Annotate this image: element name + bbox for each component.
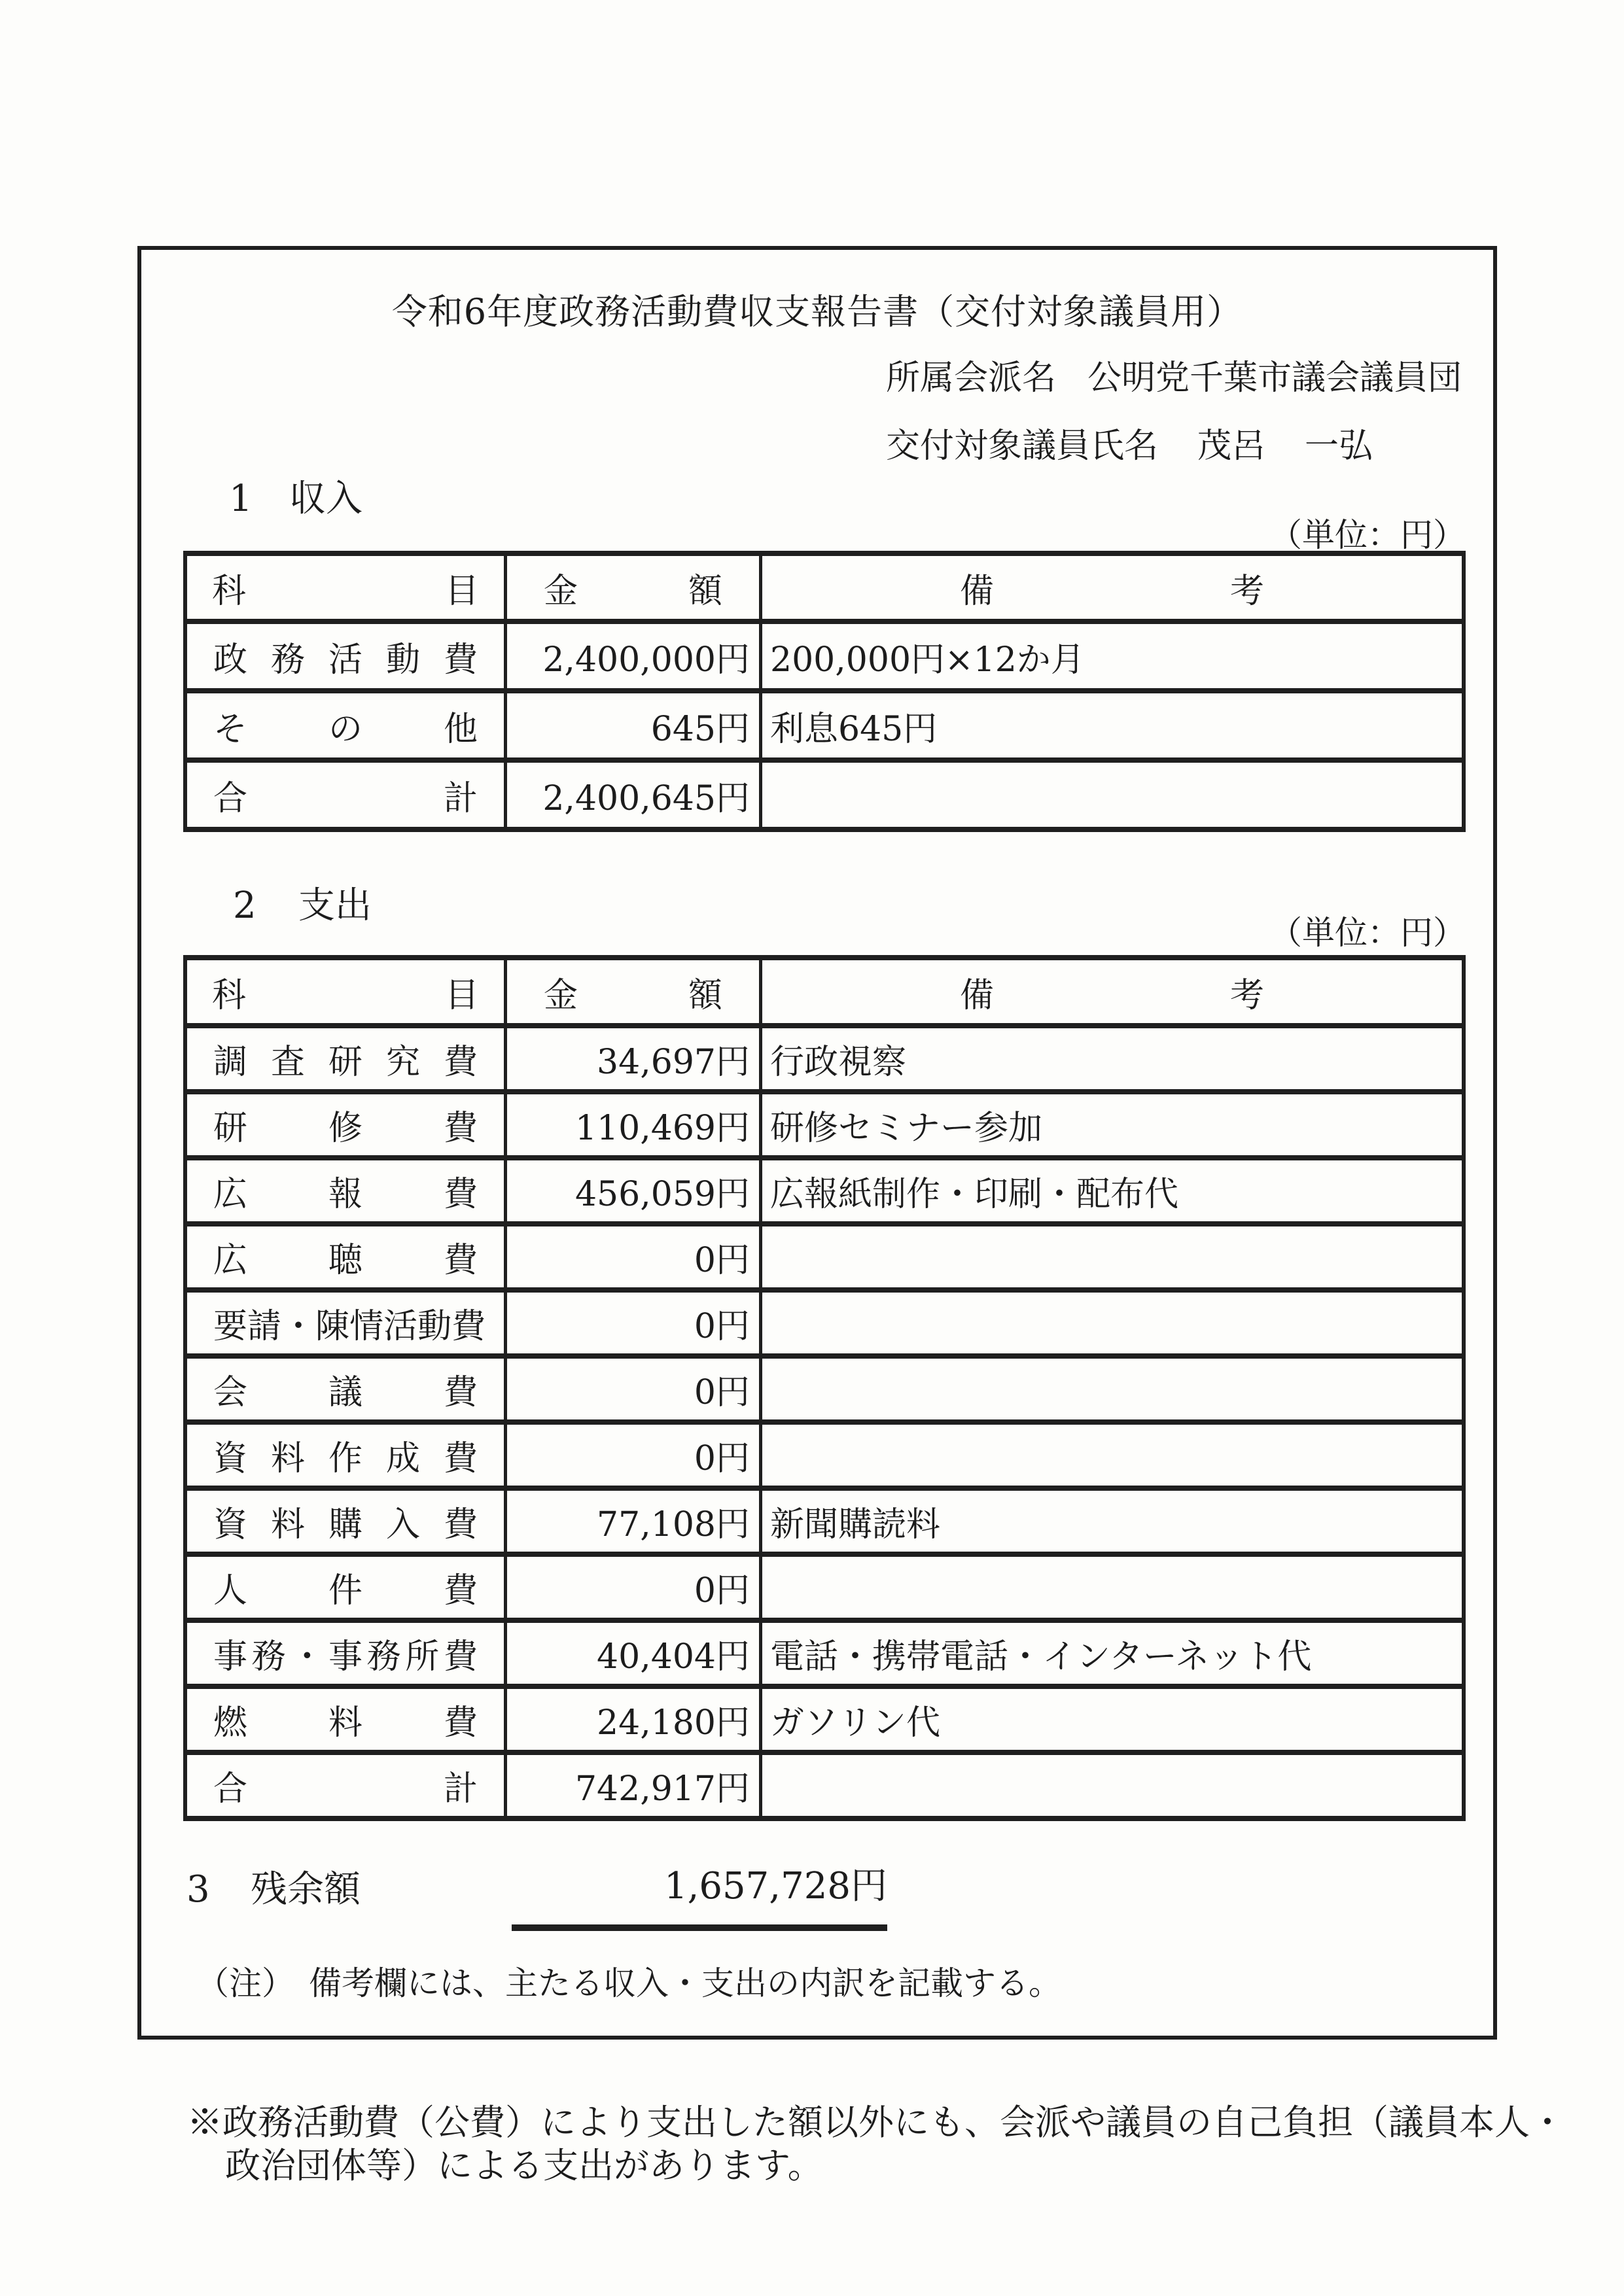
expense-row-amount: 110,469円: [507, 1094, 762, 1160]
income-section-heading: 収入: [289, 478, 442, 521]
expense-section-heading: 支出: [298, 884, 416, 928]
income-row-note: 200,000円×12か月: [762, 624, 1462, 693]
footnote-line-2: 政治団体等）による支出があります。: [225, 2146, 823, 2186]
member-givenname: 一弘: [1305, 426, 1373, 466]
income-row-item: その他: [187, 693, 507, 763]
expense-header-item: 科目: [187, 960, 507, 1028]
expense-header-note: 備考: [762, 960, 1462, 1028]
expense-row-item: 要請・陳情活動費: [187, 1293, 507, 1359]
income-table: 科目 金額 備考 政務活動費 2,400,000円 200,000円×12か月 …: [183, 551, 1466, 832]
income-unit-note: （単位：円）: [1269, 517, 1466, 553]
expense-row-note: [762, 1293, 1462, 1359]
member-label: 交付対象議員氏名: [886, 426, 1158, 466]
expense-row-amount: 40,404円: [507, 1623, 762, 1689]
expense-row-item: 人件費: [187, 1557, 507, 1623]
remarks-note: （注） 備考欄には、主たる収入・支出の内訳を記載する。: [196, 1965, 1061, 2002]
income-total-item: 合計: [187, 763, 507, 827]
expense-row-item: 資料購入費: [187, 1491, 507, 1557]
expense-row-item: 調査研究費: [187, 1028, 507, 1094]
expense-row-amount: 0円: [507, 1226, 762, 1293]
scanned-report-page: 令和6年度政務活動費収支報告書（交付対象議員用） 所属会派名 公明党千葉市議会議…: [0, 0, 1624, 2296]
expense-total-note: [762, 1755, 1462, 1816]
expense-row-note: [762, 1359, 1462, 1425]
expense-row-item: 会議費: [187, 1359, 507, 1425]
member-surname: 茂呂: [1197, 426, 1265, 466]
income-row-note: 利息645円: [762, 693, 1462, 763]
expense-row-note: [762, 1557, 1462, 1623]
expense-row-item: 燃料費: [187, 1689, 507, 1755]
expense-section-number: 2: [233, 884, 256, 928]
expense-total-amount: 742,917円: [507, 1755, 762, 1816]
expense-row-amount: 0円: [507, 1557, 762, 1623]
expense-row-item: 広報費: [187, 1160, 507, 1226]
income-total-note: [762, 763, 1462, 827]
member-line: 交付対象議員氏名 茂呂 一弘: [886, 426, 1373, 466]
expense-row-amount: 0円: [507, 1293, 762, 1359]
expense-row-note: 新聞購読料: [762, 1491, 1462, 1557]
footnote-line-1: ※政務活動費（公費）により支出した額以外にも、会派や議員の自己負担（議員本人・: [187, 2102, 1565, 2143]
income-section-number: 1: [229, 478, 253, 521]
income-header-item: 科目: [187, 556, 507, 624]
expense-row-item: 研修費: [187, 1094, 507, 1160]
income-total-amount: 2,400,645円: [507, 763, 762, 827]
faction-value: 公明党千葉市議会議員団: [1087, 358, 1462, 398]
expense-row-amount: 34,697円: [507, 1028, 762, 1094]
income-row-amount: 645円: [507, 693, 762, 763]
expense-row-note: 研修セミナー参加: [762, 1094, 1462, 1160]
balance-amount: 1,657,728円: [512, 1866, 887, 1931]
expense-row-note: 電話・携帯電話・インターネット代: [762, 1623, 1462, 1689]
expense-row-note: 行政視察: [762, 1028, 1462, 1094]
expense-row-amount: 77,108円: [507, 1491, 762, 1557]
income-header-note: 備考: [762, 556, 1462, 624]
expense-total-item: 合計: [187, 1755, 507, 1816]
remarks-note-text: 備考欄には、主たる収入・支出の内訳を記載する。: [309, 1965, 1061, 2002]
expense-row-amount: 0円: [507, 1425, 762, 1491]
expense-row-amount: 456,059円: [507, 1160, 762, 1226]
expense-row-amount: 0円: [507, 1359, 762, 1425]
expense-row-note: ガソリン代: [762, 1689, 1462, 1755]
expense-row-amount: 24,180円: [507, 1689, 762, 1755]
income-header-amount: 金額: [507, 556, 762, 624]
expense-row-note: [762, 1425, 1462, 1491]
remarks-note-label: （注）: [196, 1965, 294, 2002]
faction-line: 所属会派名 公明党千葉市議会議員団: [886, 358, 1462, 398]
expense-header-amount: 金額: [507, 960, 762, 1028]
income-row-item: 政務活動費: [187, 624, 507, 693]
balance-section-number: 3: [186, 1868, 210, 1911]
expense-row-note: 広報紙制作・印刷・配布代: [762, 1160, 1462, 1226]
expense-row-item: 事務・事務所費: [187, 1623, 507, 1689]
faction-label: 所属会派名: [886, 358, 1056, 398]
expense-unit-note: （単位：円）: [1269, 914, 1466, 951]
income-row-amount: 2,400,000円: [507, 624, 762, 693]
expense-table: 科目 金額 備考 調査研究費 34,697円 行政視察 研修費 110,469円…: [183, 955, 1466, 1821]
expense-row-item: 広聴費: [187, 1226, 507, 1293]
document-title: 令和6年度政務活動費収支報告書（交付対象議員用）: [137, 292, 1497, 332]
balance-section-heading: 残余額: [251, 1868, 422, 1911]
expense-row-item: 資料作成費: [187, 1425, 507, 1491]
expense-row-note: [762, 1226, 1462, 1293]
